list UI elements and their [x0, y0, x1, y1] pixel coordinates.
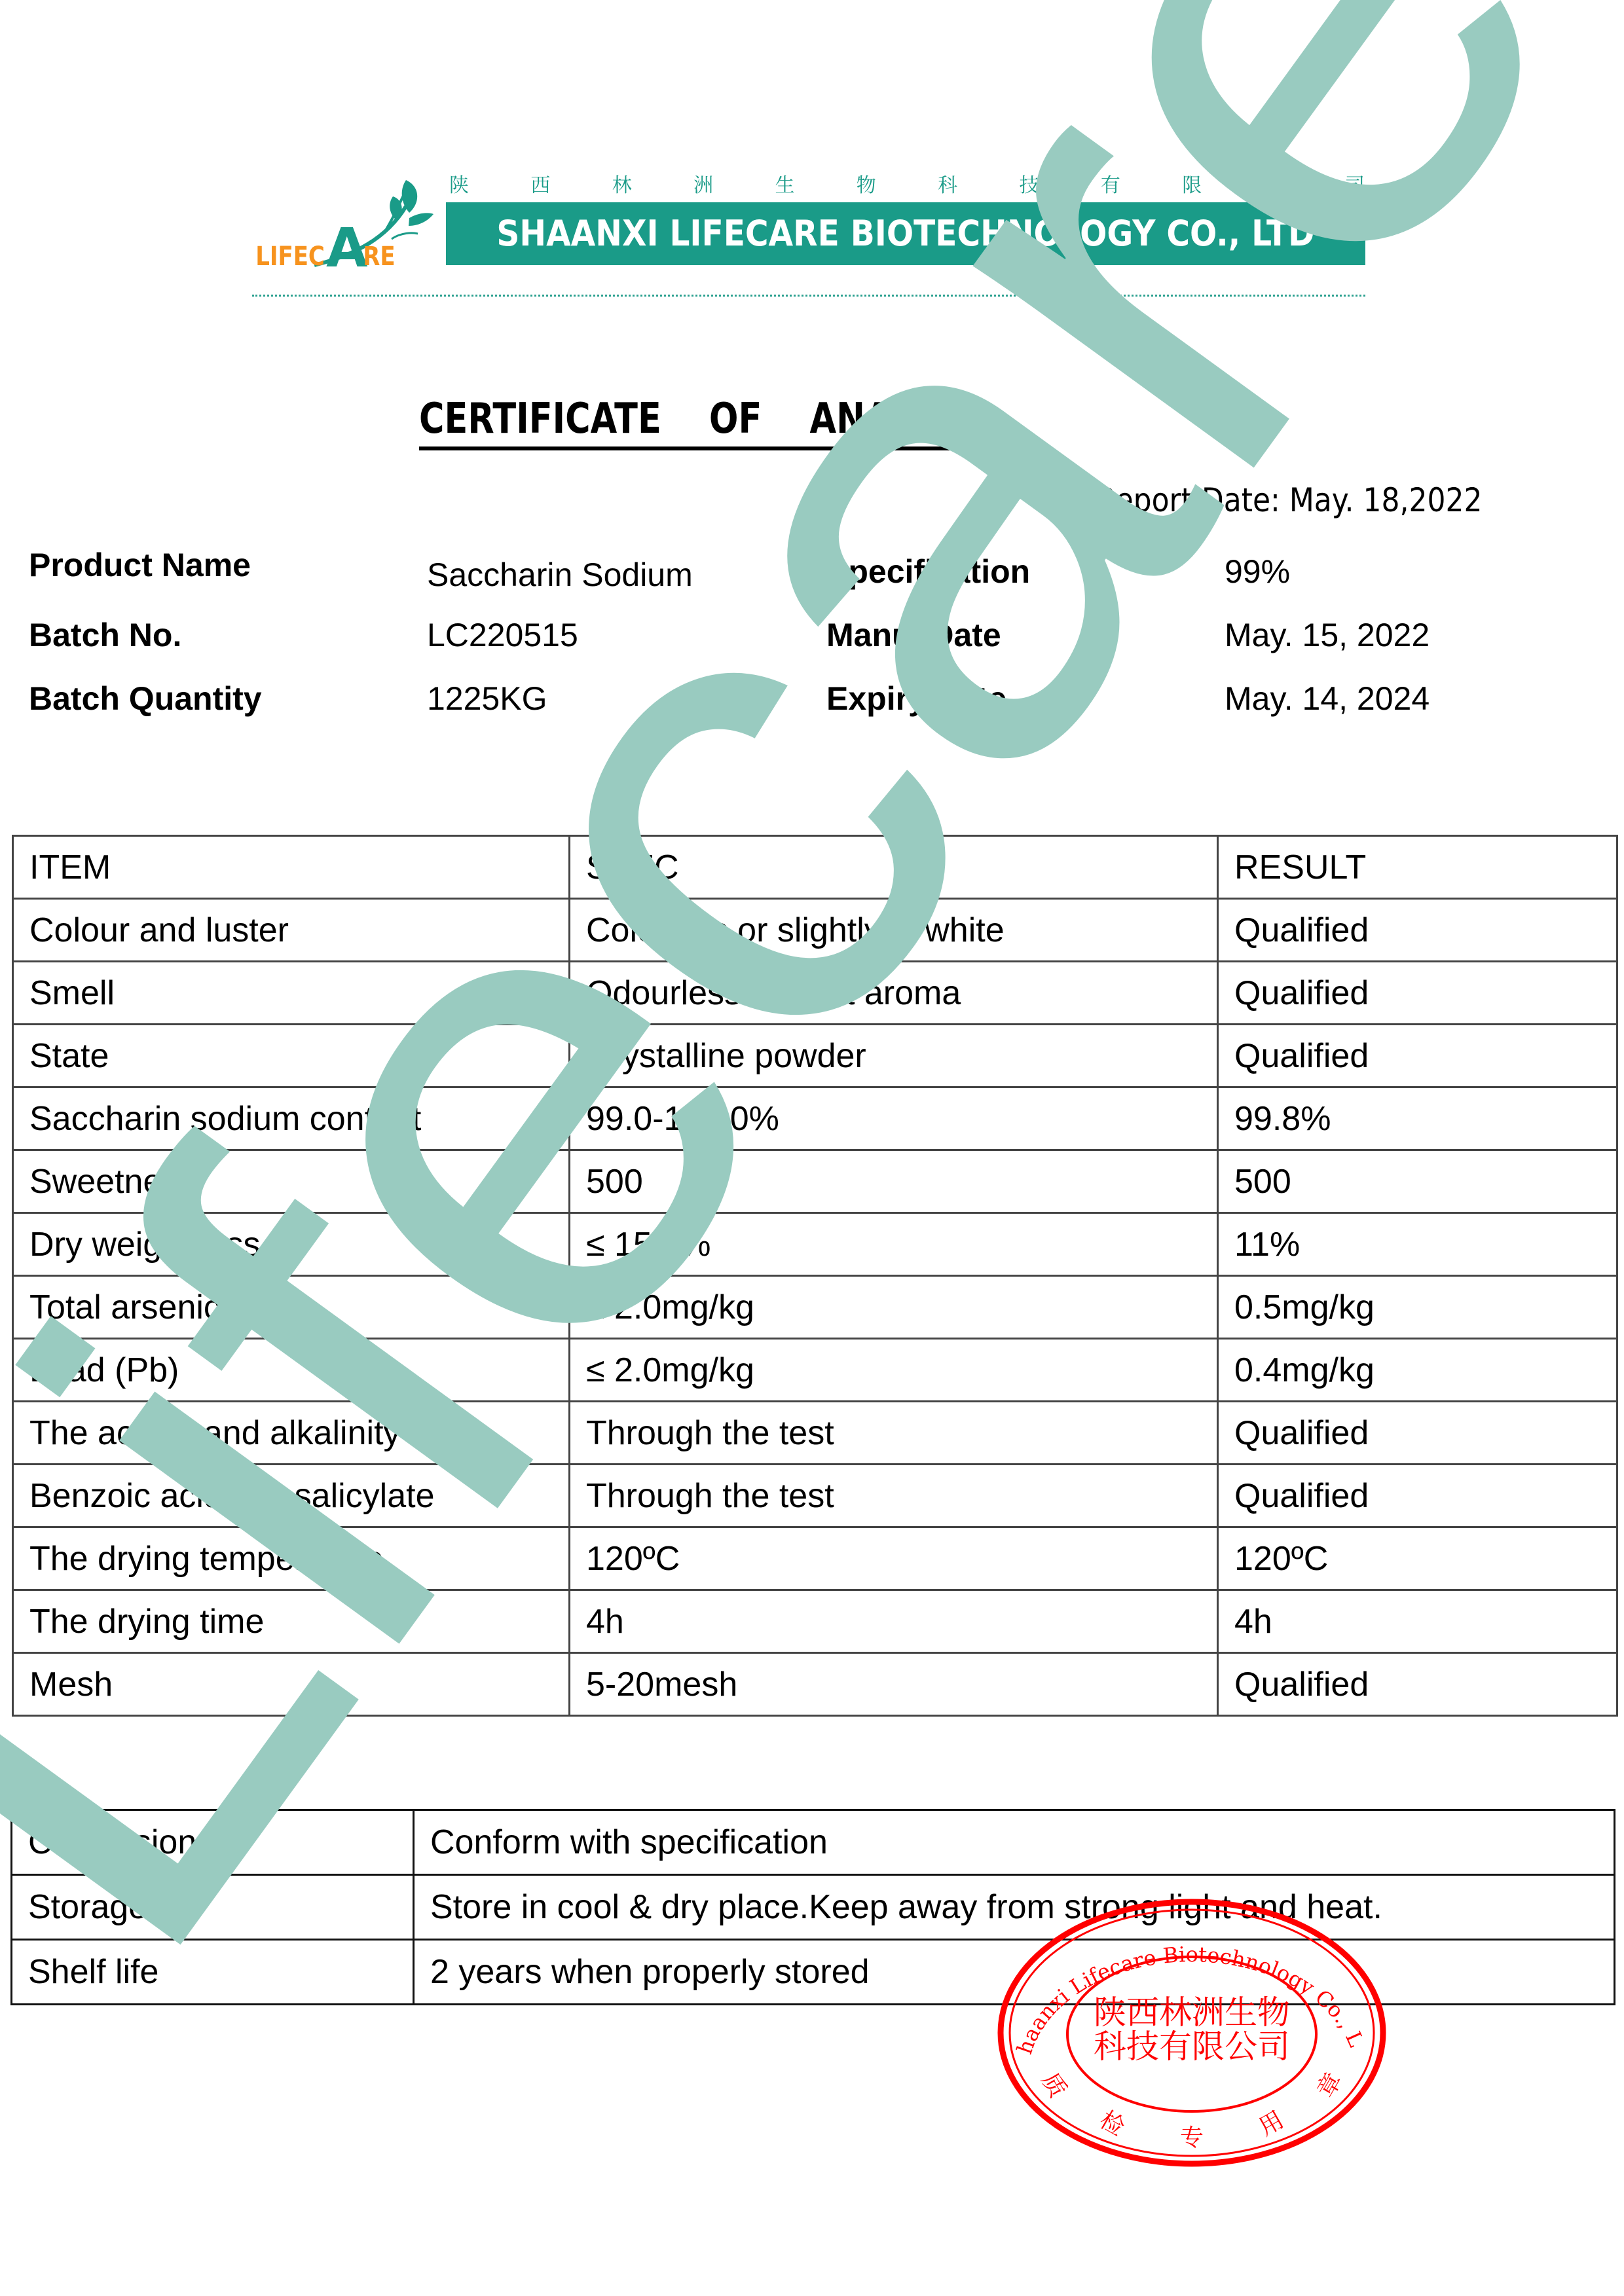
cell-spec: ≤ 15.0%	[570, 1213, 1218, 1276]
stamp-center-line2: 科技有限公司	[1094, 2028, 1290, 2066]
stamp-bottom-char: 质	[1036, 2068, 1071, 2102]
cell-spec: 500	[570, 1150, 1218, 1213]
table-row: The drying temperature120ºC120ºC	[13, 1527, 1617, 1590]
logo-text-left: LIFEC	[255, 241, 325, 271]
cell-result: 4h	[1218, 1590, 1617, 1653]
cell-spec: 120ºC	[570, 1527, 1218, 1590]
cell-result: Qualified	[1218, 1025, 1617, 1087]
company-name-cn-char: 有	[1101, 172, 1120, 200]
summary-label: Conclusion	[12, 1810, 414, 1875]
cell-item: The drying time	[13, 1590, 570, 1653]
summary-label: Storage	[12, 1875, 414, 1940]
cell-spec: ≤ 2.0mg/kg	[570, 1276, 1218, 1339]
company-name-cn-char: 生	[775, 172, 794, 200]
cell-item: Mesh	[13, 1653, 570, 1716]
product-name-label: Product Name	[29, 545, 251, 585]
cell-item: Colour and luster	[13, 899, 570, 962]
cell-spec: Crystalline powder	[570, 1025, 1218, 1087]
company-name-english: SHAANXI LIFECARE BIOTECHNOLOGY CO., LTD	[496, 202, 1314, 265]
cell-spec: Odourless or faint aroma	[570, 962, 1218, 1025]
summary-row: Shelf life2 years when properly stored	[12, 1940, 1615, 2005]
cell-item: The acidity and alkalinity	[13, 1402, 570, 1465]
company-name-cn-char: 陕	[449, 172, 469, 200]
company-name-cn-char: 限	[1182, 172, 1202, 200]
table-row: Colour and lusterColorless or slightly i…	[13, 899, 1617, 962]
table-row: Dry weight loss≤ 15.0%11%	[13, 1213, 1617, 1276]
header-item: ITEM	[13, 836, 570, 899]
stamp-bottom-char: 用	[1255, 2106, 1289, 2141]
company-name-chinese: 陕西林洲生物科技有限公司	[445, 172, 1369, 200]
header-result: RESULT	[1218, 836, 1617, 899]
cell-spec: ≤ 2.0mg/kg	[570, 1339, 1218, 1402]
table-row: Benzoic acid salt salicylateThrough the …	[13, 1465, 1617, 1527]
company-name-cn-char: 洲	[693, 172, 713, 200]
summary-value: Store in cool & dry place.Keep away from…	[414, 1875, 1615, 1940]
specification-value: 99%	[1225, 552, 1290, 591]
manu-date-label: Manu. Date	[826, 615, 1001, 655]
table-row: The drying time4h4h	[13, 1590, 1617, 1653]
logo-text-a: A	[326, 217, 368, 278]
summary-label: Shelf life	[12, 1940, 414, 2005]
batch-no-value: LC220515	[427, 615, 578, 655]
cell-spec: 99.0-101.0%	[570, 1087, 1218, 1150]
product-name-value: Saccharin Sodium	[427, 555, 693, 594]
company-name-cn-char: 物	[857, 172, 876, 200]
cell-result: 0.5mg/kg	[1218, 1276, 1617, 1339]
cell-spec: Colorless or slightly is white	[570, 899, 1218, 962]
company-logo: LIFEC A RE	[249, 167, 445, 278]
cell-result: 0.4mg/kg	[1218, 1339, 1617, 1402]
cell-result: 500	[1218, 1150, 1617, 1213]
document-title: CERTIFICATE OF ANALYSIS	[419, 393, 1061, 450]
cell-item: Saccharin sodium content	[13, 1087, 570, 1150]
stamp-bottom-char: 专	[1180, 2124, 1204, 2151]
cell-item: State	[13, 1025, 570, 1087]
company-name-cn-char: 西	[530, 172, 550, 200]
cell-item: Total arsenic (As)	[13, 1276, 570, 1339]
summary-table: ConclusionConform with specificationStor…	[10, 1809, 1615, 2005]
specification-label: Specification	[826, 552, 1030, 591]
table-row: SmellOdourless or faint aromaQualified	[13, 962, 1617, 1025]
header-divider	[252, 295, 1365, 297]
table-row: StateCrystalline powderQualified	[13, 1025, 1617, 1087]
company-name-banner: SHAANXI LIFECARE BIOTECHNOLOGY CO., LTD	[446, 202, 1365, 265]
summary-value: Conform with specification	[414, 1810, 1615, 1875]
expiry-date-label: Expiry Date	[826, 679, 1006, 718]
stamp-bottom-char: 章	[1312, 2068, 1348, 2102]
cell-item: Smell	[13, 962, 570, 1025]
stamp-bottom-char: 检	[1095, 2106, 1129, 2141]
cell-result: Qualified	[1218, 962, 1617, 1025]
cell-spec: 5-20mesh	[570, 1653, 1218, 1716]
table-row: Mesh5-20meshQualified	[13, 1653, 1617, 1716]
table-row: Lead (Pb)≤ 2.0mg/kg0.4mg/kg	[13, 1339, 1617, 1402]
cell-spec: Through the test	[570, 1465, 1218, 1527]
cell-result: Qualified	[1218, 1465, 1617, 1527]
company-name-cn-char: 技	[1020, 172, 1039, 200]
summary-row: ConclusionConform with specification	[12, 1810, 1615, 1875]
company-name-cn-char: 司	[1345, 172, 1365, 200]
company-name-cn-char: 公	[1264, 172, 1283, 200]
cell-item: Lead (Pb)	[13, 1339, 570, 1402]
stamp-bottom-text: 质检专用章	[1036, 2068, 1347, 2151]
cell-result: Qualified	[1218, 1402, 1617, 1465]
table-header-row: ITEM SPEC RESULT	[13, 836, 1617, 899]
cell-result: 120ºC	[1218, 1527, 1617, 1590]
cell-result: 99.8%	[1218, 1087, 1617, 1150]
summary-row: StorageStore in cool & dry place.Keep aw…	[12, 1875, 1615, 1940]
table-row: Total arsenic (As)≤ 2.0mg/kg0.5mg/kg	[13, 1276, 1617, 1339]
logo-text-right: RE	[363, 241, 395, 271]
expiry-date-value: May. 14, 2024	[1225, 679, 1430, 718]
cell-result: 11%	[1218, 1213, 1617, 1276]
table-row: Sweetness500500	[13, 1150, 1617, 1213]
analysis-table: ITEM SPEC RESULT Colour and lusterColorl…	[12, 835, 1618, 1717]
batch-no-label: Batch No.	[29, 615, 181, 655]
cell-item: Benzoic acid salt salicylate	[13, 1465, 570, 1527]
batch-quantity-label: Batch Quantity	[29, 679, 262, 718]
cell-result: Qualified	[1218, 899, 1617, 962]
manu-date-value: May. 15, 2022	[1225, 615, 1430, 655]
summary-value: 2 years when properly stored	[414, 1940, 1615, 2005]
table-row: The acidity and alkalinityThrough the te…	[13, 1402, 1617, 1465]
batch-quantity-value: 1225KG	[427, 679, 547, 718]
table-row: Saccharin sodium content99.0-101.0%99.8%	[13, 1087, 1617, 1150]
cell-spec: 4h	[570, 1590, 1218, 1653]
company-name-cn-char: 林	[612, 172, 632, 200]
report-date: Report Date: May. 18,2022	[1097, 479, 1535, 521]
cell-item: Sweetness	[13, 1150, 570, 1213]
header-spec: SPEC	[570, 836, 1218, 899]
cell-result: Qualified	[1218, 1653, 1617, 1716]
cell-item: Dry weight loss	[13, 1213, 570, 1276]
company-name-cn-char: 科	[938, 172, 957, 200]
cell-spec: Through the test	[570, 1402, 1218, 1465]
cell-item: The drying temperature	[13, 1527, 570, 1590]
